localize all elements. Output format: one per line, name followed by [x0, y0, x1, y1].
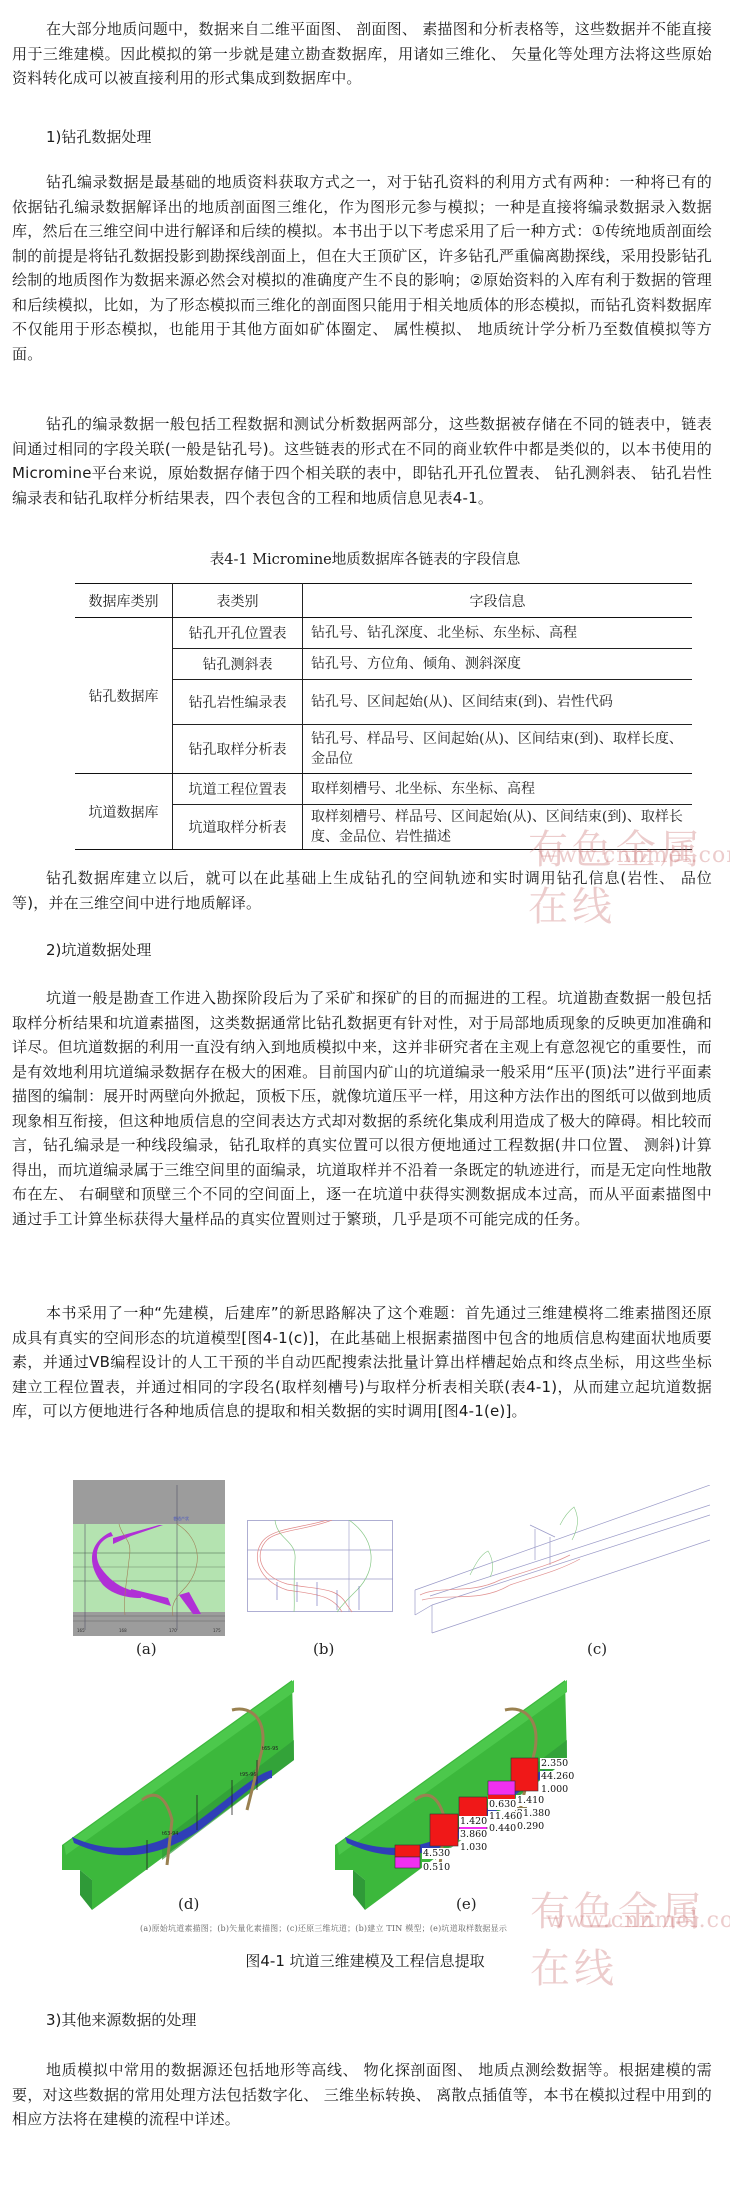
figure-caption: 图4-1 坑道三维建模及工程信息提取 [0, 1950, 730, 1971]
grade-value: 4.530 [422, 1848, 451, 1859]
field-info-cell: 钻孔号、钻孔深度、北坐标、东坐标、高程 [303, 618, 693, 649]
table-type-cell: 钻孔取样分析表 [173, 725, 303, 774]
panel-label-c: (c) [587, 1640, 607, 1658]
figure-panel-c [410, 1485, 710, 1635]
table-type-cell: 钻孔测斜表 [173, 649, 303, 680]
grade-value: 1.410 [516, 1795, 545, 1806]
table-type-cell: 钻孔岩性编录表 [173, 680, 303, 725]
panel-label-e: (e) [456, 1895, 477, 1913]
field-info-cell: 取样刻槽号、样品号、区间起始(从)、区间结束(到)、取样长度、金品位、岩性描述 [303, 805, 693, 850]
svg-text:t65-95: t65-95 [262, 1746, 279, 1752]
other-sources-paragraph: 地质模拟中常用的数据源还包括地形等高线、 物化探剖面图、 地质点测绘数据等。根据… [12, 2058, 712, 2132]
grade-value: 1.420 [459, 1816, 488, 1827]
grade-value: 44.260 [540, 1771, 575, 1782]
header-field-info: 字段信息 [303, 584, 693, 618]
watermark-url: www.cnnmol.com [546, 1908, 730, 1933]
tin-model-image: t63-94 t65-95 t95-96 [62, 1680, 342, 1910]
borehole-paragraph-2: 钻孔的编录数据一般包括工程数据和测试分析数据两部分，这些数据被存储在不同的链表中… [12, 412, 712, 510]
database-cell: 钻孔数据库 [75, 618, 173, 774]
database-fields-table: 数据库类别 表类别 字段信息 钻孔数据库 钻孔开孔位置表 钻孔号、钻孔深度、北坐… [75, 583, 692, 850]
panel-label-d: (d) [178, 1895, 199, 1913]
panel-label-a: (a) [136, 1640, 157, 1658]
figure-panel-b [247, 1520, 393, 1614]
grade-value: 2.350 [540, 1758, 569, 1769]
table-row: 坑道数据库 坑道工程位置表 取样刻槽号、北坐标、东坐标、高程 [75, 774, 692, 805]
svg-text:165: 165 [77, 1628, 85, 1633]
intro-paragraph: 在大部分地质问题中，数据来自二维平面图、 剖面图、 素描图和分析表格等，这些数据… [12, 17, 712, 91]
grade-value: 11.460 [488, 1811, 523, 1822]
tunnel-paragraph-1: 坑道一般是勘查工作进入勘探阶段后为了采矿和探矿的目的而掘进的工程。坑道勘查数据一… [12, 986, 712, 1231]
table-row: 钻孔数据库 钻孔开孔位置表 钻孔号、钻孔深度、北坐标、东坐标、高程 [75, 618, 692, 649]
grade-value: 0.290 [516, 1821, 545, 1832]
vectorized-sketch-image [247, 1520, 393, 1614]
header-table-type: 表类别 [173, 584, 303, 618]
svg-text:巷道产状: 巷道产状 [173, 1515, 189, 1521]
grade-value: 0.630 [488, 1799, 517, 1810]
field-info-cell: 取样刻槽号、北坐标、东坐标、高程 [303, 774, 693, 805]
figure-panel-d: t63-94 t65-95 t95-96 [62, 1680, 342, 1910]
grade-value: 0.440 [488, 1823, 517, 1834]
svg-text:t63-94: t63-94 [162, 1831, 179, 1837]
borehole-paragraph-3: 钻孔数据库建立以后，就可以在此基础上生成钻孔的空间轨迹和实时调用钻孔信息(岩性、… [12, 866, 712, 915]
grade-value: 1.030 [459, 1842, 488, 1853]
figure-sub-caption: (a)原始坑道素描图；(b)矢量化素描图；(c)还原三维坑道；(b)建立 TIN… [140, 1923, 507, 1934]
svg-text:170: 170 [169, 1628, 177, 1633]
header-database-type: 数据库类别 [75, 584, 173, 618]
grade-value: 0.510 [422, 1862, 451, 1873]
field-info-cell: 钻孔号、区间起始(从)、区间结束(到)、岩性代码 [303, 680, 693, 725]
database-cell: 坑道数据库 [75, 774, 173, 850]
table-caption: 表4-1 Micromine地质数据库各链表的字段信息 [0, 548, 730, 569]
field-info-cell: 钻孔号、样品号、区间起始(从)、区间结束(到)、取样长度、金品位 [303, 725, 693, 774]
table-header-row: 数据库类别 表类别 字段信息 [75, 584, 692, 618]
section-heading-tunnel: 2)坑道数据处理 [46, 938, 151, 962]
section-heading-other-sources: 3)其他来源数据的处理 [46, 2008, 196, 2032]
section-heading-borehole: 1)钻孔数据处理 [46, 125, 151, 149]
grade-value: 1.000 [540, 1784, 569, 1795]
field-info-cell: 钻孔号、方位角、倾角、测斜深度 [303, 649, 693, 680]
svg-text:t95-96: t95-96 [240, 1772, 257, 1778]
3d-tunnel-wireframe-image [410, 1485, 710, 1635]
sketch-map-image: 巷道产状 165 168 170 175 [73, 1480, 225, 1636]
table-type-cell: 钻孔开孔位置表 [173, 618, 303, 649]
tunnel-paragraph-2: 本书采用了一种“先建模，后建库”的新思路解决了这个难题：首先通过三维建模将二维素… [12, 1301, 712, 1424]
panel-label-b: (b) [313, 1640, 334, 1658]
table-type-cell: 坑道工程位置表 [173, 774, 303, 805]
figure-panel-a: 巷道产状 165 168 170 175 [73, 1480, 225, 1636]
svg-text:175: 175 [213, 1628, 221, 1633]
grade-value: 3.860 [459, 1829, 488, 1840]
borehole-paragraph-1: 钻孔编录数据是最基础的地质资料获取方式之一，对于钻孔资料的利用方式有两种：一种将… [12, 170, 712, 366]
table-type-cell: 坑道取样分析表 [173, 805, 303, 850]
svg-text:168: 168 [119, 1628, 127, 1633]
